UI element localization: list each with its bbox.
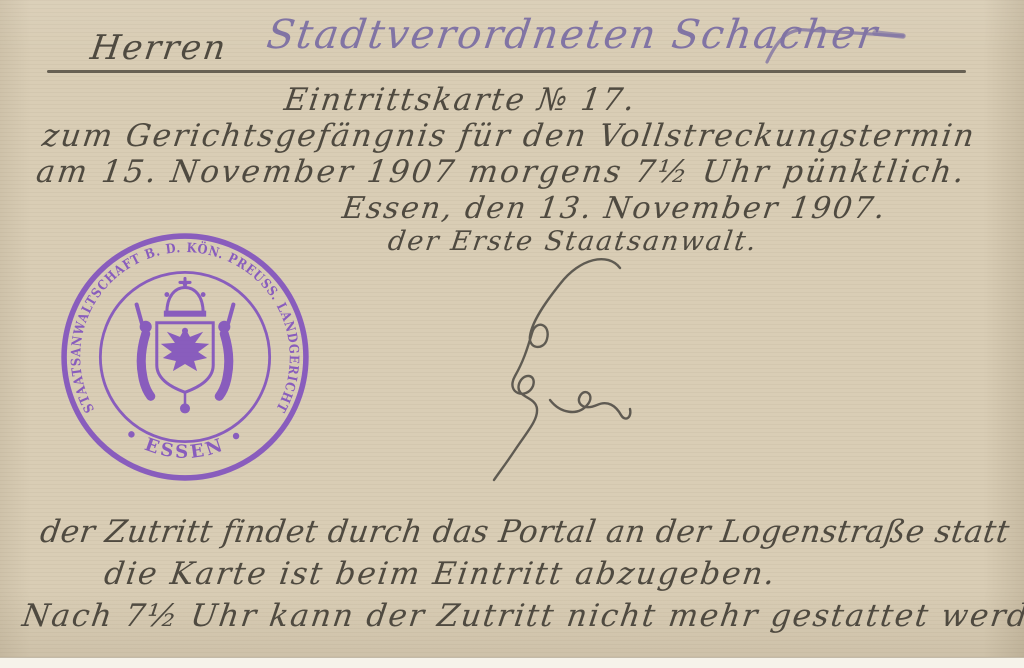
underline-rule [47,70,966,73]
eagle-icon [161,328,209,371]
place-date-line: Essen, den 13. November 1907. [340,191,889,226]
shield-icon [157,323,213,393]
signature-end-stroke [550,392,630,419]
scanned-admission-card: Herren Stadtverordneten Schacher Eintrit… [0,0,1024,668]
purpose-line: zum Gerichtsgefängnis für den Vollstreck… [40,118,978,154]
salutation-text: Herren [88,28,230,68]
recipient-flourish-stroke [763,20,913,68]
scan-edge-strip [0,657,1024,668]
ticket-title-line: Eintrittskarte № 17. [282,82,639,118]
stamp-ink-group: STAATSANWALTSCHAFT B. D. KÖN. PREUSS. LA… [64,236,306,478]
footer-line-access: der Zutritt findet durch das Portal an d… [38,514,1012,550]
footer-line-late: Nach 7½ Uhr kann der Zutritt nicht mehr … [20,598,1024,634]
staatsanwalt-signature [420,252,660,492]
signature-main-stroke [494,259,620,480]
supporter-right-icon [218,305,233,397]
stamp-bottom-text: • ESSEN • [120,423,250,463]
crown-icon [164,278,206,316]
pendant-icon [180,393,190,413]
office-stamp: STAATSANWALTSCHAFT B. D. KÖN. PREUSS. LA… [54,226,316,488]
prussian-eagle-coat-of-arms-icon [137,278,234,413]
supporter-left-icon [137,305,152,397]
footer-line-card: die Karte ist beim Eintritt abzugeben. [102,556,779,592]
svg-text:• ESSEN •: • ESSEN • [120,423,250,463]
datetime-line: am 15. November 1907 morgens 7½ Uhr pünk… [34,154,969,190]
